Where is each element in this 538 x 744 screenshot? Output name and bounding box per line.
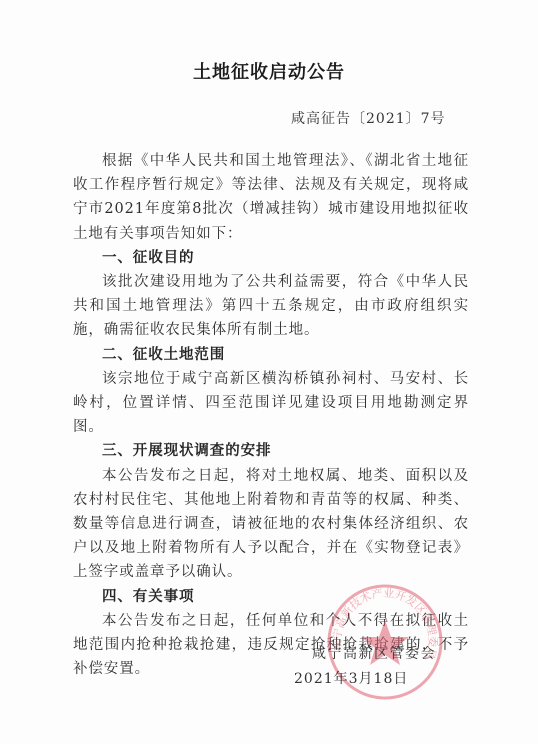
intro-paragraph: 根据《中华人民共和国土地管理法》、《湖北省土地征收工作程序暂行规定》等法律、法规… [73, 149, 469, 246]
section-heading-survey: 三、开展现状调查的安排 [73, 439, 469, 463]
issue-date: 2021年3月18日 [294, 668, 408, 688]
document-title: 土地征收启动公告 [0, 58, 538, 84]
section-heading-purpose: 一、征收目的 [73, 246, 469, 270]
section-heading-scope: 二、征收土地范围 [73, 343, 469, 367]
section-text-survey: 本公告发布之日起，将对土地权属、地类、面积以及农村村民住宅、其他地上附着物和青苗… [73, 464, 469, 585]
document-number: 咸高征告〔2021〕7号 [291, 108, 446, 128]
section-text-scope: 该宗地位于咸宁高新区横沟桥镇孙祠村、马安村、长岭村，位置详情、四至范围详见建设项… [73, 367, 469, 440]
section-text-purpose: 该批次建设用地为了公共利益需要，符合《中华人民共和国土地管理法》第四十五条规定，… [73, 270, 469, 343]
issuer-signature: 咸宁高新区管委会 [312, 643, 436, 663]
